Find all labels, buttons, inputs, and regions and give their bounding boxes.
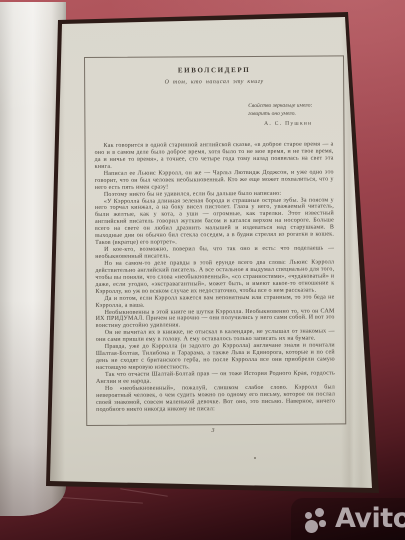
body-paragraph: И кое-кто, возможно, поверил бы, что так… xyxy=(95,246,334,261)
epigraph-line: Свойство зеркальце имело: xyxy=(248,103,312,111)
body-paragraph: Но «необыкновенный», пожалуй, слишком сл… xyxy=(96,384,335,413)
body-paragraph: Так что отчасти Шалтай-Болтай прав — он … xyxy=(96,370,335,385)
epigraph: Свойство зеркальце имело: говорить оно у… xyxy=(248,103,312,128)
avito-watermark: Avito xyxy=(291,498,405,540)
preface-title: ЕИВОЛСИДЕРП xyxy=(85,65,343,76)
avito-logo-icon xyxy=(301,502,335,536)
body-paragraph: «У Кэрролла была длинная зеленая борода … xyxy=(95,197,334,247)
preface-body: Как говорится в одной старинной английск… xyxy=(95,141,336,421)
body-paragraph: Правда, уже до Кэрролла (и задолго до Кэ… xyxy=(96,343,335,372)
text-frame: ЕИВОЛСИДЕРП О том, кто написал эту книгу… xyxy=(84,55,346,426)
page-number: 3 xyxy=(84,428,342,434)
preface-subtitle: О том, кто написал эту книгу xyxy=(85,77,343,87)
body-paragraph: Но на самом-то деле правды в этой ерунде… xyxy=(95,259,334,295)
body-paragraph: Написал ее Льюис Кэрролл, он же — Чарльз… xyxy=(95,169,334,191)
body-paragraph: Необыкновенны в этой книге не шутки Кэрр… xyxy=(96,308,335,330)
epigraph-line: говорить оно умело. xyxy=(248,110,312,118)
body-paragraph: Да и потом, если Кэрролл кажется вам неп… xyxy=(95,294,334,309)
book-page: ЕИВОЛСИДЕРП О том, кто написал эту книгу… xyxy=(0,0,405,540)
body-paragraph: Как говорится в одной старинной английск… xyxy=(95,141,334,170)
paper-speck xyxy=(254,457,256,459)
epigraph-author: А. С. Пушкин xyxy=(248,120,312,128)
avito-wordmark: Avito xyxy=(335,500,405,538)
listing-photo: ЕИВОЛСИДЕРП О том, кто написал эту книгу… xyxy=(0,0,405,540)
table-scratch xyxy=(120,488,168,496)
